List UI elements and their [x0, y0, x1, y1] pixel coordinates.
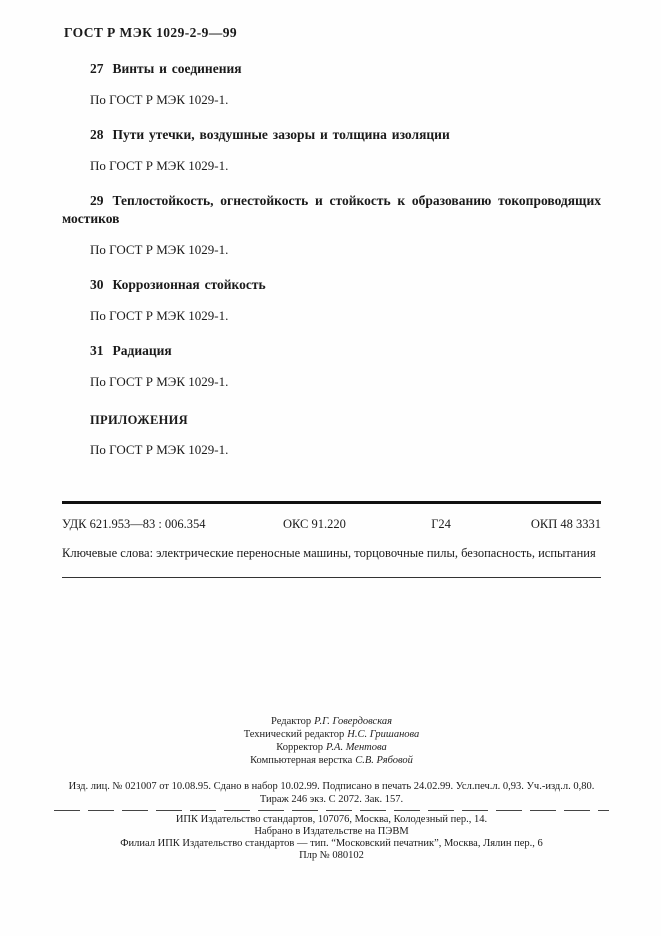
staff-name: Н.С. Гришанова: [347, 729, 419, 740]
staff-name: С.В. Рябовой: [355, 755, 413, 766]
appendices-body: По ГОСТ Р МЭК 1029-1.: [62, 442, 601, 457]
staff-name: Р.А. Ментова: [326, 742, 387, 753]
publisher-branch: Филиал ИПК Издательство стандартов — тип…: [62, 838, 601, 850]
staff-line-tech-editor: Технический редакторН.С. Гришанова: [62, 728, 601, 741]
publisher-address: ИПК Издательство стандартов, 107076, Мос…: [62, 814, 601, 826]
divider-thick: [62, 501, 601, 504]
staff-role: Корректор: [276, 742, 323, 753]
section-number: 27: [90, 61, 104, 76]
section-27-title: 27Винты и соединения: [62, 60, 601, 78]
section-title-text: Винты и соединения: [113, 61, 242, 76]
group-code: Г24: [431, 517, 451, 532]
imprint-line-2: Тираж 246 экз. С 2072. Зак. 157.: [62, 793, 601, 806]
section-title-text: Радиация: [113, 343, 172, 358]
section-title-text: Теплостойкость, огнестойкость и стойкост…: [62, 193, 601, 226]
imprint-block: Изд. лиц. № 021007 от 10.08.95. Сдано в …: [62, 780, 601, 806]
staff-role: Компьютерная верстка: [250, 755, 352, 766]
staff-line-corrector: КорректорР.А. Ментова: [62, 741, 601, 754]
section-30-body: По ГОСТ Р МЭК 1029-1.: [62, 308, 601, 323]
section-number: 29: [90, 193, 104, 208]
section-31-body: По ГОСТ Р МЭК 1029-1.: [62, 374, 601, 389]
section-title-text: Пути утечки, воздушные зазоры и толщина …: [113, 127, 450, 142]
udk-code: УДК 621.953—83 : 006.354: [62, 517, 206, 532]
appendices-title: ПРИЛОЖЕНИЯ: [62, 413, 601, 428]
staff-name: Р.Г. Говердовская: [314, 716, 392, 727]
oks-code: ОКС 91.220: [283, 517, 346, 532]
section-number: 31: [90, 343, 104, 358]
imprint-line-1: Изд. лиц. № 021007 от 10.08.95. Сдано в …: [62, 780, 601, 793]
section-title-text: Коррозионная стойкость: [113, 277, 266, 292]
divider-thin: [62, 577, 601, 578]
staff-block: РедакторР.Г. Говердовская Технический ре…: [62, 715, 601, 767]
keywords-line: Ключевые слова: электрические переносные…: [62, 546, 601, 561]
divider-dashed: [54, 810, 609, 811]
section-27-body: По ГОСТ Р МЭК 1029-1.: [62, 92, 601, 107]
staff-line-layout: Компьютерная версткаС.В. Рябовой: [62, 754, 601, 767]
okp-code: ОКП 48 3331: [531, 517, 601, 532]
section-number: 28: [90, 127, 104, 142]
section-28-body: По ГОСТ Р МЭК 1029-1.: [62, 158, 601, 173]
doc-header: ГОСТ Р МЭК 1029-2-9—99: [64, 25, 601, 41]
codes-row: УДК 621.953—83 : 006.354 ОКС 91.220 Г24 …: [62, 517, 601, 533]
staff-line-editor: РедакторР.Г. Говердовская: [62, 715, 601, 728]
staff-role: Технический редактор: [244, 729, 345, 740]
publisher-typeset: Набрано в Издательстве на ПЭВМ: [62, 826, 601, 838]
publisher-block: ИПК Издательство стандартов, 107076, Мос…: [62, 814, 601, 862]
section-31-title: 31Радиация: [62, 342, 601, 360]
section-29-title: 29Теплостойкость, огнестойкость и стойко…: [62, 192, 601, 228]
section-28-title: 28Пути утечки, воздушные зазоры и толщин…: [62, 126, 601, 144]
publisher-license: Плр № 080102: [62, 850, 601, 862]
section-number: 30: [90, 277, 104, 292]
document-page: ГОСТ Р МЭК 1029-2-9—99 27Винты и соедине…: [0, 0, 661, 936]
section-29-body: По ГОСТ Р МЭК 1029-1.: [62, 242, 601, 257]
section-30-title: 30Коррозионная стойкость: [62, 276, 601, 294]
staff-role: Редактор: [271, 716, 311, 727]
